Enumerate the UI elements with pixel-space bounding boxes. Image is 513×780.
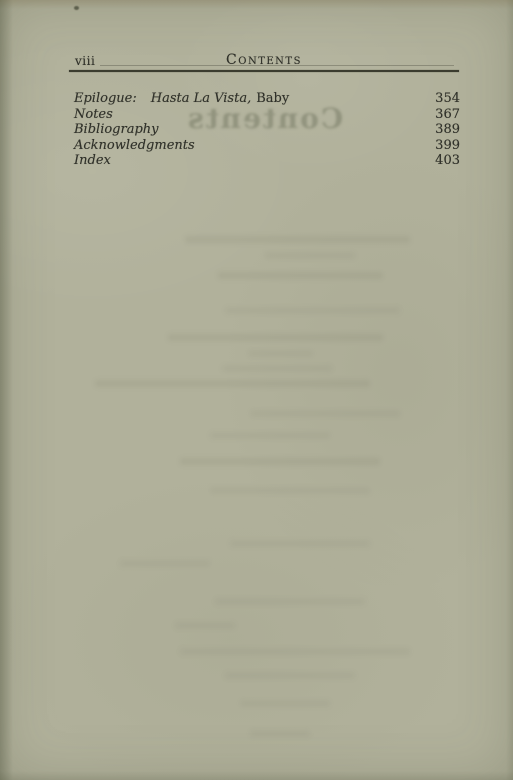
bleed-through-line <box>175 622 235 629</box>
toc-entry-epilogue: Epilogue:Hasta La Vista,Baby 354 <box>74 91 460 107</box>
toc-page-number: 389 <box>435 122 460 138</box>
toc-entry-bibliography: Bibliography 389 <box>74 122 460 138</box>
bleed-through-line <box>240 700 330 707</box>
page-edge-shadow-left <box>0 0 13 780</box>
book-page-scan: viii Contents Epilogue:Hasta La Vista,Ba… <box>0 0 513 780</box>
toc-page-number: 399 <box>435 138 460 154</box>
toc-entry-label: Notes <box>74 107 113 123</box>
epilogue-prefix: Epilogue: <box>74 91 137 106</box>
toc-page-number: 354 <box>435 91 460 107</box>
page-edge-shadow-bottom <box>0 771 513 780</box>
toc-entry-label: Index <box>74 153 111 169</box>
toc-entry-notes: Notes 367 <box>74 107 460 123</box>
header-rule-thin <box>100 65 454 66</box>
epilogue-title-roman: Baby <box>256 91 289 106</box>
bleed-through-line <box>95 380 370 387</box>
toc-entry-index: Index 403 <box>74 153 460 169</box>
bleed-through-line <box>250 730 310 737</box>
bleed-through-line <box>248 350 313 357</box>
bleed-through-line <box>230 540 370 547</box>
toc-entry-label: Epilogue:Hasta La Vista,Baby <box>74 91 289 107</box>
bleed-through-line <box>210 432 330 439</box>
toc-page-number: 403 <box>435 153 460 169</box>
bleed-through-line <box>218 272 383 279</box>
bleed-through-line <box>265 252 355 259</box>
bleed-through-line <box>215 598 365 605</box>
toc-entry-label: Bibliography <box>74 122 159 138</box>
bleed-through-line <box>120 560 210 567</box>
bleed-through-line <box>225 672 355 679</box>
bleed-through-line <box>222 365 332 372</box>
bleed-through-line <box>180 648 410 655</box>
paper-speck <box>74 6 79 10</box>
bleed-through-line <box>168 334 383 341</box>
bleed-through-line <box>250 410 400 417</box>
page-edge-shadow-right <box>506 0 513 780</box>
toc-page-number: 367 <box>435 107 460 123</box>
bleed-through-line <box>210 487 370 494</box>
bleed-through-line <box>225 307 400 314</box>
toc-entry-label: Acknowledgments <box>74 138 195 154</box>
epilogue-title-italic: Hasta La Vista, <box>151 91 251 106</box>
toc-entry-acknowledgments: Acknowledgments 399 <box>74 138 460 154</box>
bleed-through-line <box>180 458 380 465</box>
table-of-contents: Epilogue:Hasta La Vista,Baby 354 Notes 3… <box>74 91 460 169</box>
bleed-through-line <box>185 236 410 243</box>
header-rule-main <box>69 70 459 72</box>
